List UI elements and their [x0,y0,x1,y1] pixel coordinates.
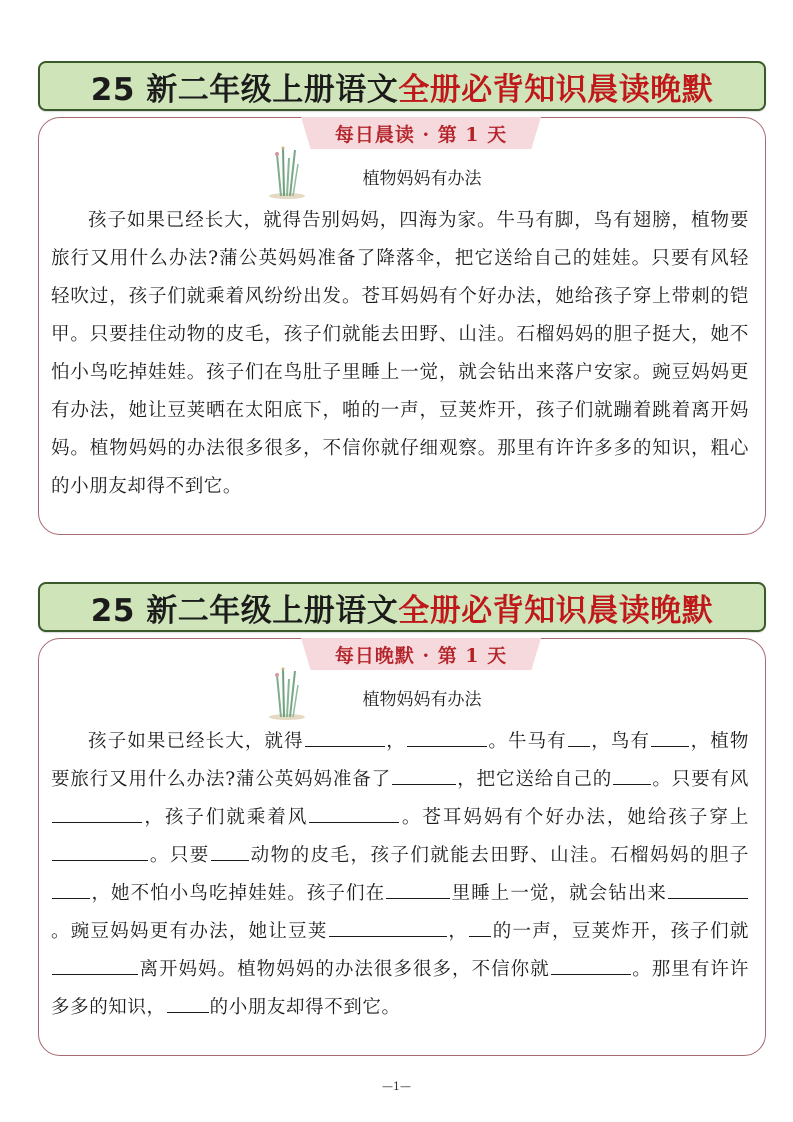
passage-segment: 的一声，豆荚炸开，孩子们就 [492,921,749,942]
answer-blank[interactable] [309,805,399,823]
title-black-part: 25 新二年级上册语文 [91,64,398,109]
answer-blank[interactable] [469,919,491,937]
answer-blank[interactable] [52,843,148,861]
answer-blank[interactable] [568,729,590,747]
passage-segment: ，她不怕小鸟吃掉娃娃。孩子们在 [91,883,385,904]
passage-segment: 。牛马有 [488,731,567,752]
answer-blank[interactable] [305,729,385,747]
tab-label-morning: 每日晨读 · 第 1 天 [301,117,541,149]
passage-segment: ，孩子们就乘着风 [143,807,308,828]
fill-in-passage: 孩子如果已经长大，就得，。牛马有，鸟有，植物要旅行又用什么办法?蒲公英妈妈准备了… [51,723,749,1027]
answer-blank[interactable] [52,805,142,823]
passage-title: 植物妈妈有办法 [39,685,765,710]
passage-segment: 。苍耳妈妈有个好办法，她给孩子穿上 [400,807,749,828]
morning-reading-card: 每日晨读 · 第 1 天 植物妈妈有办法 孩子如果已经长大，就得告别妈妈，四海为… [38,117,766,535]
answer-blank[interactable] [651,729,689,747]
passage-segment: 的小朋友却得不到它。 [210,997,401,1018]
answer-blank[interactable] [386,881,450,899]
answer-blank[interactable] [551,957,631,975]
answer-blank[interactable] [52,881,90,899]
answer-blank[interactable] [613,767,651,785]
passage-segment: ，把它送给自己的 [457,769,612,790]
page-number: —1— [0,1080,793,1093]
passage-segment: 。只要有风 [652,769,749,790]
passage-segment: 离开妈妈。植物妈妈的办法很多很多，不信你就 [139,959,550,980]
passage-segment: 。豌豆妈妈更有办法，她让豆荚 [51,921,328,942]
answer-blank[interactable] [392,767,456,785]
title-banner: 25 新二年级上册语文 全册必背知识晨读晚默 [38,61,766,111]
answer-blank[interactable] [52,957,138,975]
passage-segment: 里睡上一觉，就会钻出来 [451,883,667,904]
evening-dictation-card: 每日晚默 · 第 1 天 植物妈妈有办法 孩子如果已经长大，就得，。牛马有，鸟有… [38,638,766,1056]
tab-label-evening: 每日晚默 · 第 1 天 [301,638,541,670]
title-red-part: 全册必背知识晨读晚默 [398,585,713,630]
passage-segment: ， [448,921,468,942]
title-banner: 25 新二年级上册语文 全册必背知识晨读晚默 [38,582,766,632]
passage-segment: 动物的皮毛，孩子们就能去田野、山洼。石榴妈妈的胆子 [250,845,749,866]
passage-segment: ，鸟有 [591,731,650,752]
passage-segment: 。只要 [149,845,210,866]
answer-blank[interactable] [167,995,209,1013]
title-black-part: 25 新二年级上册语文 [91,585,398,630]
passage-title: 植物妈妈有办法 [39,164,765,189]
passage-segment: ， [386,731,406,752]
passage-text: 孩子如果已经长大，就得告别妈妈，四海为家。牛马有脚，鸟有翅膀，植物要旅行又用什么… [51,202,749,506]
passage-segment: 孩子如果已经长大，就得 [88,731,304,752]
title-red-part: 全册必背知识晨读晚默 [398,64,713,109]
answer-blank[interactable] [407,729,487,747]
answer-blank[interactable] [211,843,249,861]
answer-blank[interactable] [329,919,447,937]
answer-blank[interactable] [668,881,748,899]
